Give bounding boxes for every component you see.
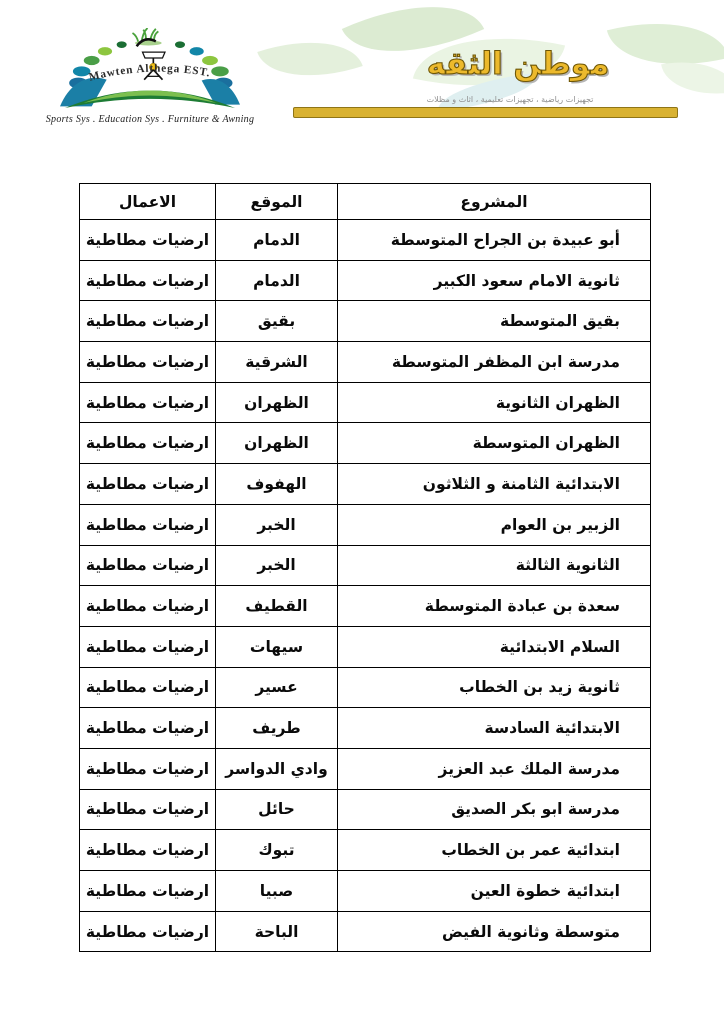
project-cell: أبو عبيدة بن الجراح المتوسطة <box>338 220 651 261</box>
project-cell: متوسطة وثانوية الفيض <box>338 911 651 952</box>
column-header: الموقع <box>216 184 338 220</box>
table-row: متوسطة وثانوية الفيضالباحةارضيات مطاطية <box>80 911 651 952</box>
table-row: بقيق المتوسطةبقيقارضيات مطاطية <box>80 301 651 342</box>
location-cell: الخبر <box>216 545 338 586</box>
works-cell: ارضيات مطاطية <box>80 667 216 708</box>
table-row: مدرسة الملك عبد العزيزوادي الدواسرارضيات… <box>80 748 651 789</box>
logo-tagline: Sports Sys . Education Sys . Furniture &… <box>28 114 272 125</box>
table-body: أبو عبيدة بن الجراح المتوسطةالدمامارضيات… <box>80 220 651 952</box>
table-row: الظهران المتوسطةالظهرانارضيات مطاطية <box>80 423 651 464</box>
table-row: مدرسة ابو بكر الصديقحائلارضيات مطاطية <box>80 789 651 830</box>
works-cell: ارضيات مطاطية <box>80 626 216 667</box>
location-cell: سيهات <box>216 626 338 667</box>
project-cell: سعدة بن عبادة المتوسطة <box>338 586 651 627</box>
project-cell: الابتدائية الثامنة و الثلاثون <box>338 464 651 505</box>
column-header: الاعمال <box>80 184 216 220</box>
table-row: أبو عبيدة بن الجراح المتوسطةالدمامارضيات… <box>80 220 651 261</box>
table-row: ثانوية الامام سعود الكبيرالدمامارضيات مط… <box>80 260 651 301</box>
location-cell: الخبر <box>216 504 338 545</box>
table-container: المشروعالموقعالاعمال أبو عبيدة بن الجراح… <box>79 183 651 952</box>
location-cell: صبيا <box>216 871 338 912</box>
project-cell: ابتدائية عمر بن الخطاب <box>338 830 651 871</box>
location-cell: الظهران <box>216 423 338 464</box>
table-row: مدرسة ابن المظفر المتوسطةالشرقيةارضيات م… <box>80 342 651 383</box>
works-cell: ارضيات مطاطية <box>80 911 216 952</box>
document-page: { "logo": { "brand": "Mawten Althega EST… <box>0 0 724 1024</box>
works-cell: ارضيات مطاطية <box>80 871 216 912</box>
table-header-row: المشروعالموقعالاعمال <box>80 184 651 220</box>
projects-table: المشروعالموقعالاعمال أبو عبيدة بن الجراح… <box>79 183 651 952</box>
project-cell: مدرسة ابو بكر الصديق <box>338 789 651 830</box>
company-logo-icon: Mawten Althega EST. <box>28 28 272 108</box>
location-cell: الدمام <box>216 220 338 261</box>
project-cell: ابتدائية خطوة العين <box>338 871 651 912</box>
table-row: السلام الابتدائيةسيهاتارضيات مطاطية <box>80 626 651 667</box>
works-cell: ارضيات مطاطية <box>80 301 216 342</box>
project-cell: السلام الابتدائية <box>338 626 651 667</box>
project-cell: الظهران الثانوية <box>338 382 651 423</box>
project-cell: بقيق المتوسطة <box>338 301 651 342</box>
logo-brand-text: Mawten Althega EST. <box>88 63 212 84</box>
table-row: ثانوية زيد بن الخطابعسيرارضيات مطاطية <box>80 667 651 708</box>
project-cell: مدرسة ابن المظفر المتوسطة <box>338 342 651 383</box>
project-cell: الابتدائية السادسة <box>338 708 651 749</box>
column-header: المشروع <box>338 184 651 220</box>
location-cell: الدمام <box>216 260 338 301</box>
works-cell: ارضيات مطاطية <box>80 830 216 871</box>
project-cell: مدرسة الملك عبد العزيز <box>338 748 651 789</box>
table-row: الظهران الثانويةالظهرانارضيات مطاطية <box>80 382 651 423</box>
works-cell: ارضيات مطاطية <box>80 545 216 586</box>
location-cell: تبوك <box>216 830 338 871</box>
company-logo: Mawten Althega EST. Sports Sys . Educati… <box>28 28 272 125</box>
project-cell: الثانوية الثالثة <box>338 545 651 586</box>
location-cell: الشرقية <box>216 342 338 383</box>
brand-title-arabic: موطن الثقه <box>408 46 628 82</box>
table-row: ابتدائية خطوة العينصبياارضيات مطاطية <box>80 871 651 912</box>
works-cell: ارضيات مطاطية <box>80 464 216 505</box>
decor-leaf <box>661 52 724 104</box>
svg-text:Mawten Althega EST.: Mawten Althega EST. <box>88 63 212 84</box>
works-cell: ارضيات مطاطية <box>80 382 216 423</box>
location-cell: القطيف <box>216 586 338 627</box>
works-cell: ارضيات مطاطية <box>80 260 216 301</box>
table-row: الزبير بن العوامالخبرارضيات مطاطية <box>80 504 651 545</box>
location-cell: بقيق <box>216 301 338 342</box>
table-row: ابتدائية عمر بن الخطابتبوكارضيات مطاطية <box>80 830 651 871</box>
brand-subtitle-arabic: تجهيزات رياضية ، تجهيزات تعليمية ، اثاث … <box>390 95 630 104</box>
location-cell: الهفوف <box>216 464 338 505</box>
works-cell: ارضيات مطاطية <box>80 586 216 627</box>
works-cell: ارضيات مطاطية <box>80 220 216 261</box>
works-cell: ارضيات مطاطية <box>80 708 216 749</box>
works-cell: ارضيات مطاطية <box>80 748 216 789</box>
works-cell: ارضيات مطاطية <box>80 504 216 545</box>
location-cell: حائل <box>216 789 338 830</box>
table-row: سعدة بن عبادة المتوسطةالقطيفارضيات مطاطي… <box>80 586 651 627</box>
location-cell: طريف <box>216 708 338 749</box>
location-cell: الظهران <box>216 382 338 423</box>
location-cell: عسير <box>216 667 338 708</box>
works-cell: ارضيات مطاطية <box>80 342 216 383</box>
table-row: الثانوية الثالثةالخبرارضيات مطاطية <box>80 545 651 586</box>
project-cell: الزبير بن العوام <box>338 504 651 545</box>
table-row: الابتدائية الثامنة و الثلاثونالهفوفارضيا… <box>80 464 651 505</box>
works-cell: ارضيات مطاطية <box>80 423 216 464</box>
project-cell: الظهران المتوسطة <box>338 423 651 464</box>
table-row: الابتدائية السادسةطريفارضيات مطاطية <box>80 708 651 749</box>
project-cell: ثانوية زيد بن الخطاب <box>338 667 651 708</box>
project-cell: ثانوية الامام سعود الكبير <box>338 260 651 301</box>
gold-divider <box>293 107 678 118</box>
location-cell: الباحة <box>216 911 338 952</box>
works-cell: ارضيات مطاطية <box>80 789 216 830</box>
decor-leaf <box>257 22 363 95</box>
location-cell: وادي الدواسر <box>216 748 338 789</box>
